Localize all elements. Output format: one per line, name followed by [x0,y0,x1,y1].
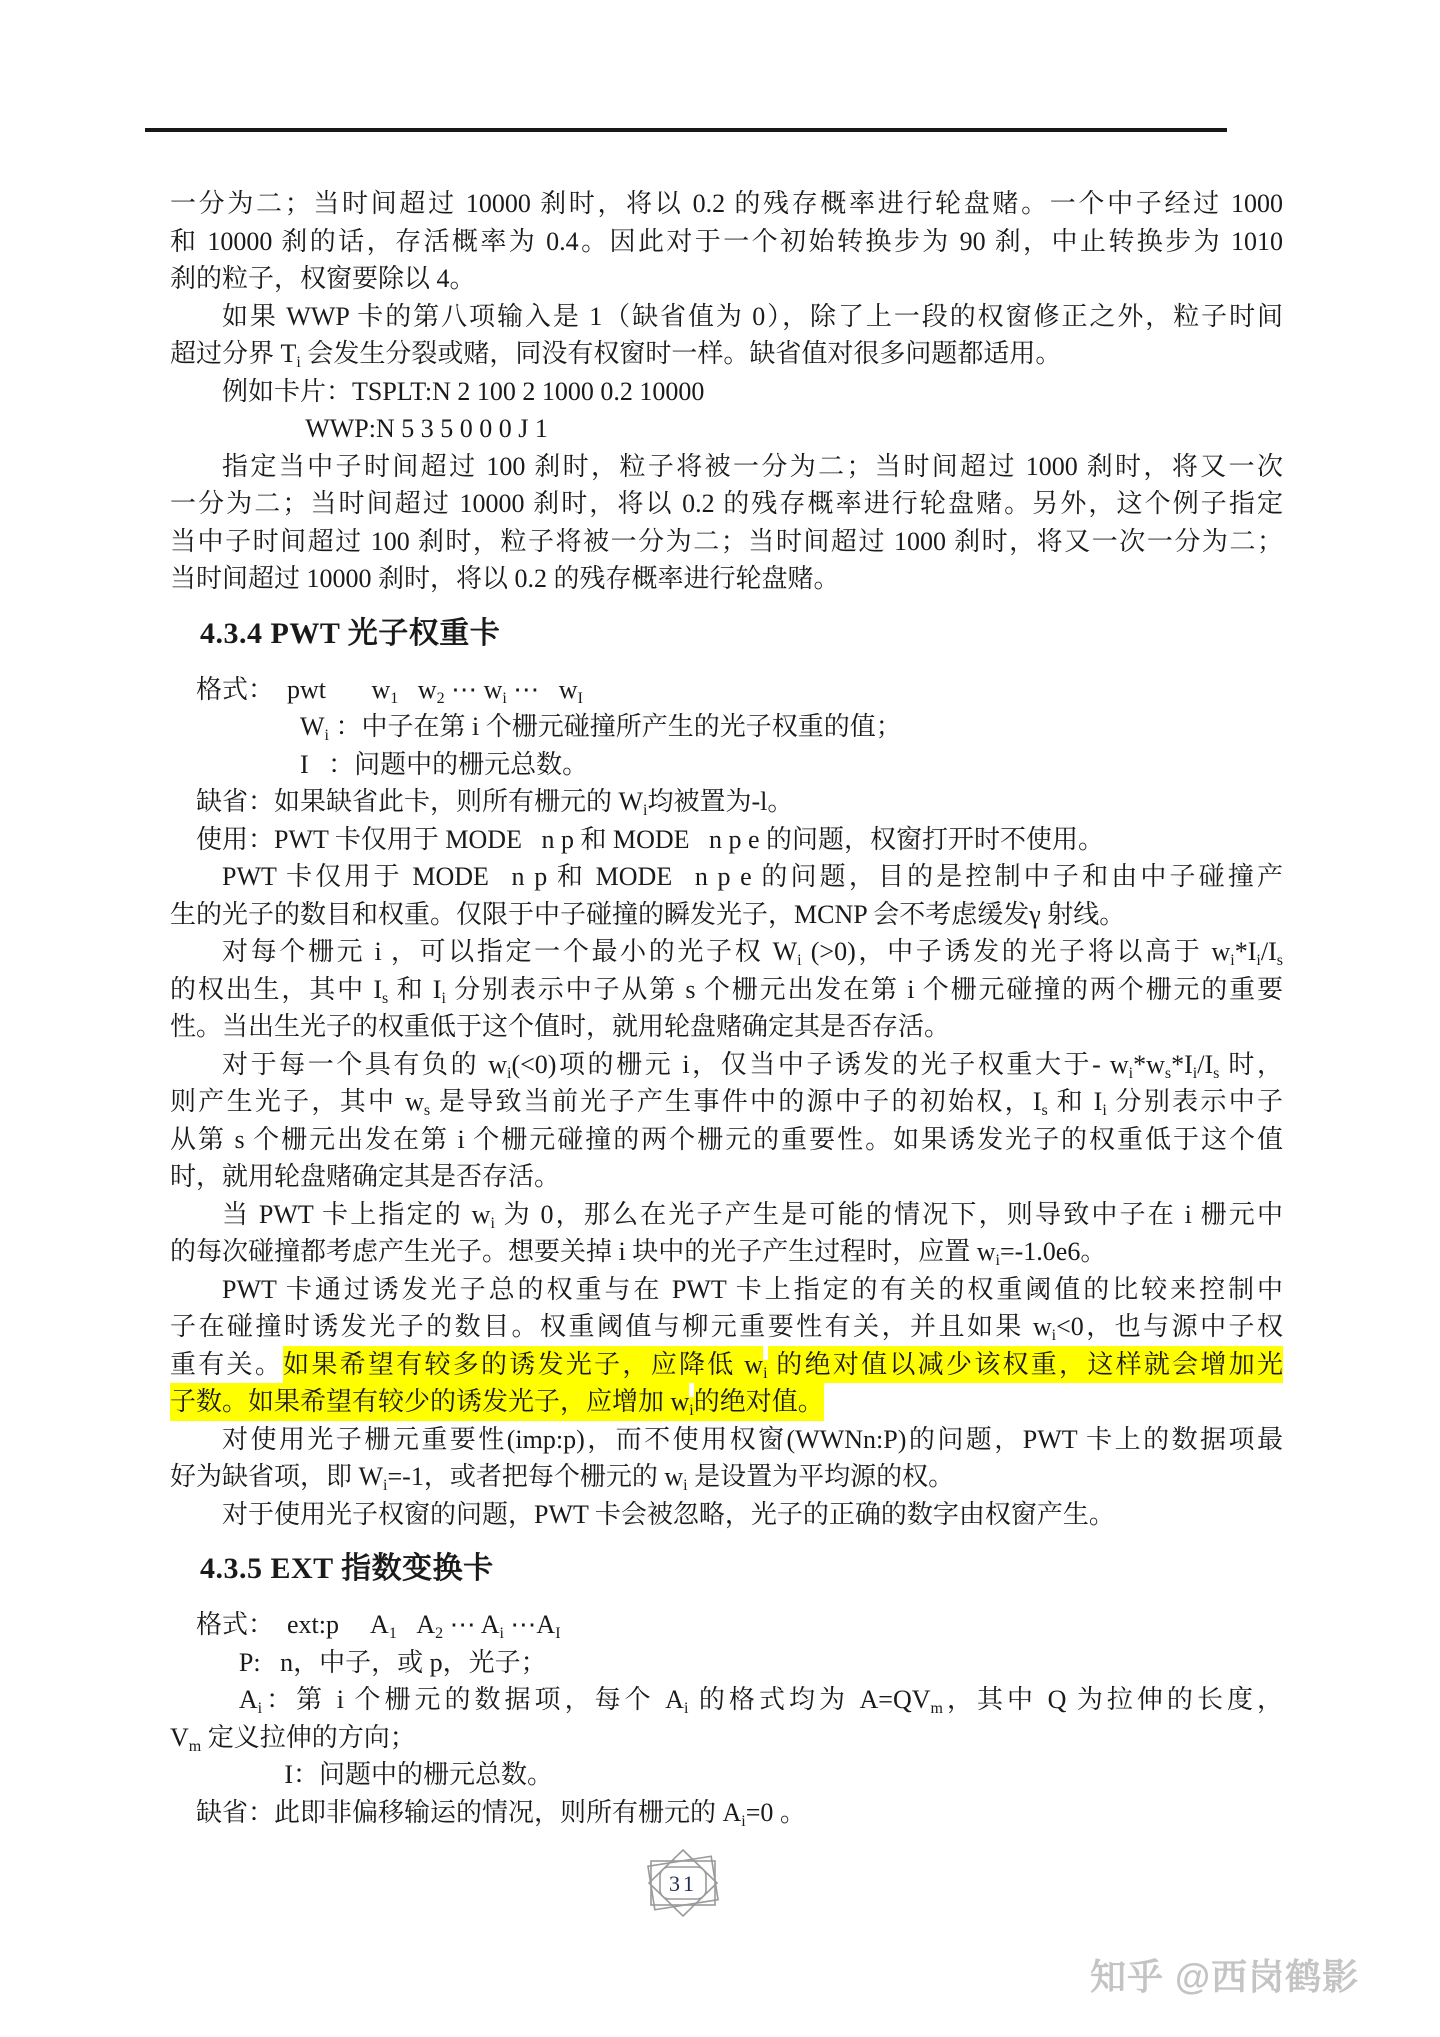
text-segment: ⋯ w [507,675,578,704]
text-segment: V [170,1723,189,1752]
text-line: 生的光子的数目和权重。仅限于中子碰撞的瞬发光子，MCNP 会不考虑缓发γ 射线。 [170,896,1283,934]
text-line: 格式： ext:p A1 A2 ⋯ Ai ⋯AI [170,1606,1283,1644]
text-segment: 4.3.4 PWT 光子权重卡 [200,617,500,650]
text-line: I ：问题中的栅元总数。 [170,746,1283,784]
text-segment: P: n，中子，或 p，光子； [239,1648,547,1677]
text-segment: 是导致当前光子产生事件中的源中子的初始权，I [430,1087,1041,1116]
text-segment: 当 PWT 卡上指定的 w [222,1200,490,1229]
text-segment: =-1，或者把每个栅元的 w [388,1462,684,1491]
text-line: 好为缺省项，即 Wi=-1，或者把每个栅元的 wi 是设置为平均源的权。 [170,1458,1283,1496]
text-segment: 分别表示中子 [1107,1087,1283,1116]
text-segment: <0，也与源中子权 [1056,1312,1283,1341]
highlighted-text: i [763,1360,767,1384]
text-segment: w [398,675,436,704]
section-heading: 4.3.4 PWT 光子权重卡 [170,613,1283,655]
text-segment: 格式： ext:p A [196,1610,389,1639]
text-line: 刹的粒子，权窗要除以 4。 [170,260,1283,298]
text-segment: I ：问题中的栅元总数。 [300,750,588,779]
text-segment: /I [1261,937,1277,966]
text-segment: ：第 i 个栅元的数据项，每个 A [262,1685,684,1714]
text-segment: 4.3.5 EXT 指数变换卡 [200,1552,494,1585]
text-segment: 均被置为-l。 [648,787,794,816]
text-line: 子在碰撞时诱发光子的数目。权重阈值与柳元重要性有关，并且如果 wi<0，也与源中… [170,1308,1283,1346]
header-rule [145,128,1227,132]
subscript-text: I [578,690,583,707]
text-segment: 对于每一个具有负的 w [222,1050,507,1079]
highlighted-text: 子数。如果希望有较少的诱发光子，应增加 w [170,1383,689,1421]
subscript-text: m [189,1738,201,1755]
text-segment: 超过分界 T [170,339,296,368]
text-segment: 如果 WWP 卡的第八项输入是 1（缺省值为 0），除了上一段的权窗修正之外，粒… [222,302,1283,331]
text-line: 重有关。如果希望有较多的诱发光子，应降低 wi 的绝对值以减少该权重，这样就会增… [170,1346,1283,1384]
text-segment: A [397,1610,435,1639]
text-segment: 和 10000 刹的话，存活概率为 0.4。因此对于一个初始转换步为 90 刹，… [170,227,1283,256]
text-line: 超过分界 Ti 会发生分裂或赌，同没有权窗时一样。缺省值对很多问题都适用。 [170,335,1283,373]
text-line: 和 10000 刹的话，存活概率为 0.4。因此对于一个初始转换步为 90 刹，… [170,223,1283,261]
text-segment: =-1.0e6。 [1000,1237,1106,1266]
text-segment: 的权出生，其中 I [170,975,382,1004]
text-line: 一分为二；当时间超过 10000 刹时，将以 0.2 的残存概率进行轮盘赌。另外… [170,485,1283,523]
text-segment: 当时间超过 10000 刹时，将以 0.2 的残存概率进行轮盘赌。 [170,564,840,593]
text-segment: WWP:N 5 3 5 0 0 0 J 1 [305,414,548,443]
text-segment: 缺省：此即非偏移输运的情况，则所有栅元的 A [196,1798,741,1827]
text-line: PWT 卡通过诱发光子总的权重与在 PWT 卡上指定的有关的权重阈值的比较来控制… [170,1271,1283,1309]
text-line: 则产生光子，其中 ws 是导致当前光子产生事件中的源中子的初始权，Is 和 Ii… [170,1083,1283,1121]
text-line: WWP:N 5 3 5 0 0 0 J 1 [170,410,1283,448]
document-body: 一分为二；当时间超过 10000 刹时，将以 0.2 的残存概率进行轮盘赌。一个… [170,185,1283,1831]
text-segment: PWT 卡通过诱发光子总的权重与在 PWT 卡上指定的有关的权重阈值的比较来控制… [222,1275,1283,1304]
text-segment: 时，就用轮盘赌确定其是否存活。 [170,1162,560,1191]
text-line: 当时间超过 10000 刹时，将以 0.2 的残存概率进行轮盘赌。 [170,560,1283,598]
text-segment: ，其中 Q 为拉伸的长度， [943,1685,1283,1714]
text-segment: I：问题中的栅元总数。 [284,1760,553,1789]
text-line: 例如卡片：TSPLT:N 2 100 2 1000 0.2 10000 [170,373,1283,411]
text-segment: 一分为二；当时间超过 10000 刹时，将以 0.2 的残存概率进行轮盘赌。另外… [170,489,1283,518]
text-segment: W [300,712,325,741]
subscript-text: 2 [435,1625,443,1642]
text-segment: 重有关。 [170,1350,283,1379]
text-segment: (<0)项的栅元 i，仅当中子诱发的光子权重大于- w [511,1050,1128,1079]
text-line: 缺省：此即非偏移输运的情况，则所有栅元的 Ai=0 。 [170,1794,1283,1832]
text-segment: 缺省：如果缺省此卡，则所有栅元的 W [196,787,643,816]
text-line: 从第 s 个栅元出发在第 i 个栅元碰撞的两个栅元的重要性。如果诱发光子的权重低… [170,1121,1283,1159]
text-segment: 性。当出生光子的权重低于这个值时，就用轮盘赌确定其是否存活。 [170,1012,950,1041]
text-line: 当中子时间超过 100 刹时，粒子将被一分为二；当时间超过 1000 刹时，将又… [170,523,1283,561]
text-line: 性。当出生光子的权重低于这个值时，就用轮盘赌确定其是否存活。 [170,1008,1283,1046]
text-segment: 好为缺省项，即 W [170,1462,383,1491]
text-line: Ai：第 i 个栅元的数据项，每个 Ai 的格式均为 A=QVm，其中 Q 为拉… [170,1681,1283,1719]
subscript-text: 2 [437,690,445,707]
text-segment: 子在碰撞时诱发光子的数目。权重阈值与柳元重要性有关，并且如果 w [170,1312,1052,1341]
page-number-ornament: 31 [645,1849,721,1917]
text-line: 一分为二；当时间超过 10000 刹时，将以 0.2 的残存概率进行轮盘赌。一个… [170,185,1283,223]
text-segment: *w [1133,1050,1165,1079]
text-line: 对于使用光子权窗的问题，PWT 卡会被忽略，光子的正确的数字由权窗产生。 [170,1496,1283,1534]
text-line: 缺省：如果缺省此卡，则所有栅元的 Wi均被置为-l。 [170,783,1283,821]
text-segment: 对于使用光子权窗的问题，PWT 卡会被忽略，光子的正确的数字由权窗产生。 [222,1500,1115,1529]
text-line: 使用：PWT 卡仅用于 MODE n p 和 MODE n p e 的问题，权窗… [170,821,1283,859]
text-segment: 和 I [388,975,441,1004]
text-segment: A [239,1685,258,1714]
text-segment: *I [1235,937,1257,966]
text-segment: 是设置为平均源的权。 [688,1462,955,1491]
text-segment: 的每次碰撞都考虑产生光子。想要关掉 i 块中的光子产生过程时，应置 w [170,1237,996,1266]
text-segment: ⋯ w [445,675,503,704]
text-line: 格式： pwt w1 w2 ⋯ wi ⋯ wI [170,671,1283,709]
text-segment: ⋯A [504,1610,555,1639]
text-segment: 对使用光子栅元重要性(imp:p)，而不使用权窗(WWNn:P)的问题，PWT … [222,1425,1283,1454]
text-segment: 指定当中子时间超过 100 刹时，粒子将被一分为二；当时间超过 1000 刹时，… [222,452,1283,481]
text-line: 指定当中子时间超过 100 刹时，粒子将被一分为二；当时间超过 1000 刹时，… [170,448,1283,486]
highlighted-text: 如果希望有较多的诱发光子，应降低 w [283,1346,763,1384]
page-number: 31 [669,1871,697,1896]
text-line: I：问题中的栅元总数。 [170,1756,1283,1794]
watermark: 知乎 @西岗鹤影 [1090,1949,1430,2000]
text-line: 的每次碰撞都考虑产生光子。想要关掉 i 块中的光子产生过程时，应置 wi=-1.… [170,1233,1283,1271]
document-page: 一分为二；当时间超过 10000 刹时，将以 0.2 的残存概率进行轮盘赌。一个… [0,0,1440,2037]
text-segment: 对每个栅元 i ，可以指定一个最小的光子权 W [222,937,797,966]
subscript-text: s [1277,952,1283,969]
text-segment: =0 。 [746,1798,806,1827]
text-segment: 当中子时间超过 100 刹时，粒子将被一分为二；当时间超过 1000 刹时，将又… [170,527,1283,556]
text-segment: 定义拉伸的方向； [201,1723,416,1752]
text-line: 当 PWT 卡上指定的 wi 为 0，那么在光子产生是可能的情况下，则导致中子在… [170,1196,1283,1234]
highlighted-text: 的绝对值以减少该权重，这样就会增加光 [768,1346,1283,1384]
text-segment: 刹的粒子，权窗要除以 4。 [170,264,476,293]
page-ornament-icon: 31 [645,1849,721,1917]
text-line: 的权出生，其中 Is 和 Ii 分别表示中子从第 s 个栅元出发在第 i 个栅元… [170,971,1283,1009]
text-line: 对每个栅元 i ，可以指定一个最小的光子权 Wi (>0)，中子诱发的光子将以高… [170,933,1283,971]
text-line: Wi ：中子在第 i 个栅元碰撞所产生的光子权重的值； [170,708,1283,746]
text-segment: PWT 卡仅用于 MODE n p 和 MODE n p e 的问题，目的是控制… [222,862,1283,891]
section-heading: 4.3.5 EXT 指数变换卡 [170,1548,1283,1590]
text-segment: 则产生光子，其中 w [170,1087,424,1116]
text-segment: 时， [1219,1050,1283,1079]
text-segment: ⋯ A [443,1610,499,1639]
highlighted-text: 的绝对值。 [694,1383,824,1421]
subscript-text: m [931,1700,943,1717]
text-segment: /I [1197,1050,1213,1079]
text-segment: 使用：PWT 卡仅用于 MODE n p 和 MODE n p e 的问题，权窗… [196,825,1104,854]
text-line: 对于每一个具有负的 wi(<0)项的栅元 i，仅当中子诱发的光子权重大于- wi… [170,1046,1283,1084]
text-segment: 为 0，那么在光子产生是可能的情况下，则导致中子在 i 栅元中 [495,1200,1283,1229]
text-segment: 一分为二；当时间超过 10000 刹时，将以 0.2 的残存概率进行轮盘赌。一个… [170,189,1283,218]
text-line: Vm 定义拉伸的方向； [170,1719,1283,1757]
subscript-text: I [555,1625,560,1642]
text-segment: 分别表示中子从第 s 个栅元出发在第 i 个栅元碰撞的两个栅元的重要 [446,975,1283,1004]
subscript-text: 1 [389,1625,397,1642]
text-segment: 例如卡片：TSPLT:N 2 100 2 1000 0.2 10000 [222,377,704,406]
text-segment: ：中子在第 i 个栅元碰撞所产生的光子权重的值； [329,712,902,741]
text-segment: 和 I [1048,1087,1103,1116]
text-line: 对使用光子栅元重要性(imp:p)，而不使用权窗(WWNn:P)的问题，PWT … [170,1421,1283,1459]
text-segment: 会发生分裂或赌，同没有权窗时一样。缺省值对很多问题都适用。 [301,339,1062,368]
text-segment: 生的光子的数目和权重。仅限于中子碰撞的瞬发光子，MCNP 会不考虑缓发γ 射线。 [170,900,1125,929]
text-line: PWT 卡仅用于 MODE n p 和 MODE n p e 的问题，目的是控制… [170,858,1283,896]
text-line: 时，就用轮盘赌确定其是否存活。 [170,1158,1283,1196]
text-segment: (>0)，中子诱发的光子将以高于 w [802,937,1231,966]
text-line: P: n，中子，或 p，光子； [170,1644,1283,1682]
text-line: 如果 WWP 卡的第八项输入是 1（缺省值为 0），除了上一段的权窗修正之外，粒… [170,298,1283,336]
text-segment: 从第 s 个栅元出发在第 i 个栅元碰撞的两个栅元的重要性。如果诱发光子的权重低… [170,1125,1283,1154]
text-segment: 格式： pwt w [196,675,390,704]
text-segment: *I [1171,1050,1193,1079]
text-segment: 的格式均为 A=QV [688,1685,930,1714]
text-line: 子数。如果希望有较少的诱发光子，应增加 wi的绝对值。 [170,1383,1283,1421]
